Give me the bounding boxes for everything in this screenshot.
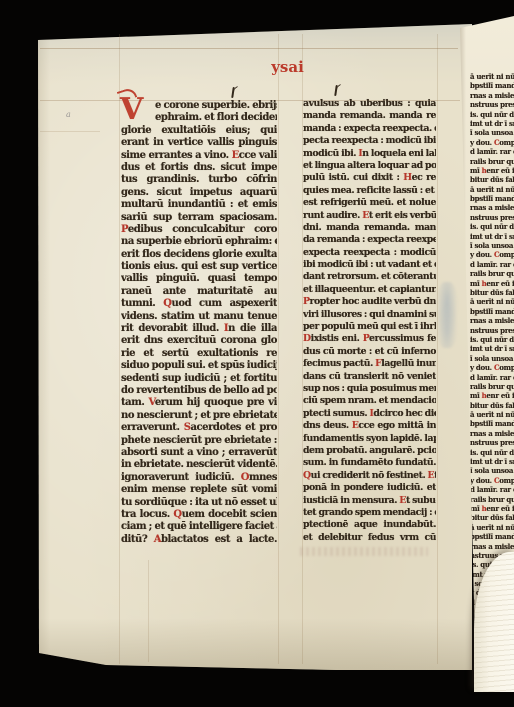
- text-line: d lamīr. rar ot: [470, 260, 514, 269]
- text-line: nstruus prese: [470, 100, 514, 109]
- text-line: mī henr eū in: [470, 391, 514, 400]
- text-line: avulsus ab uberibus : quia: [303, 98, 436, 110]
- text-line: imt ut dr ī snd: [470, 344, 514, 353]
- text-line: mī henr eū in: [470, 166, 514, 175]
- rubric-initial: E: [232, 150, 239, 161]
- text-line: tet grando spem mendacij : et: [303, 507, 436, 519]
- text-line: nstruus prese: [470, 438, 514, 447]
- text-line: imt ut dr ī snd: [470, 232, 514, 241]
- text-line: sup nos : quia posuimus menda: [303, 383, 436, 395]
- text-line: d lamīr. rar ot: [470, 373, 514, 382]
- text-line: tus grandinis. turbo cōfrin: [121, 174, 277, 186]
- text-line: dem probatū. angularē. pcio: [303, 445, 436, 457]
- text-line: bpstilī mandos: [470, 532, 514, 541]
- text-line: ptectionē aque inundabūt.: [303, 519, 436, 531]
- text-line: imt ut dr ī snd: [470, 457, 514, 466]
- text-line: modicū ibi. In loquela eni labij: [303, 148, 436, 160]
- rubric-initial: E: [362, 210, 369, 221]
- text-line: et delebitur fedus vrm cū: [303, 532, 436, 544]
- text-line: rails brur quo: [470, 382, 514, 391]
- text-line: enim mense replete sūt vomi: [121, 484, 277, 496]
- text-line: is. qui nūr dr: [470, 335, 514, 344]
- text-line: dant retrorsum. et cōterantur: [303, 271, 436, 283]
- text-line: Pedibus conculcabitur coro: [121, 224, 277, 236]
- photo-background: ysai a V e corone superbie. ebrijsephrai…: [0, 0, 514, 707]
- bleed-through-text: [300, 547, 428, 556]
- rubric-initial: S: [184, 422, 191, 433]
- text-line: vallis pinguiū. quasi tempo: [121, 273, 277, 285]
- text-line: ignoraverunt iudiciū. Omnes: [121, 472, 277, 484]
- ruling-line: [278, 34, 279, 664]
- text-line: erant in vertice vallis pinguis: [121, 137, 277, 149]
- text-line: is. qui nūr dr: [470, 222, 514, 231]
- text-line: multarū inundantiū : et emis: [121, 199, 277, 211]
- text-line: y dou. Compu: [470, 250, 514, 259]
- text-line: bitur dūs faber: [470, 513, 514, 522]
- text-line: nstruus prese: [470, 326, 514, 335]
- text-line: gens. sicut impetus aquarū: [121, 187, 277, 199]
- text-line: ā uerīt ni nūm: [470, 185, 514, 194]
- text-line: quies mea. reficite lassū : et hoc: [303, 185, 436, 197]
- text-line: bpstilī mandos: [470, 307, 514, 316]
- text-line: ī sola unsoa ī: [470, 241, 514, 250]
- rubric-initial: P: [121, 224, 128, 235]
- text-line: rit devorabit illud. In die illa: [121, 323, 277, 335]
- text-line: ciam ; et quē intelligere faciet au: [121, 521, 277, 533]
- text-line: dni. manda remanda. man: [303, 222, 436, 234]
- text-line: runt audire. Et erit eis verbū: [303, 210, 436, 222]
- text-line: Propter hoc audite verbū dni: [303, 296, 436, 308]
- text-line: expecta reexpecta : modicū: [303, 247, 436, 259]
- text-line: ī sola unsoa ī: [470, 354, 514, 363]
- text-line: et lingua altera loquar ad po: [303, 160, 436, 172]
- rubric-initial: E: [399, 495, 406, 506]
- text-line: na superbie ebriorū ephraim: et: [121, 236, 277, 248]
- text-line: mī henr eū in: [470, 504, 514, 513]
- text-line: glorie exultatiōis eius; qui: [121, 125, 277, 137]
- text-line: dans cū transierit nō veniet: [303, 371, 436, 383]
- text-line: bitur dūs faber: [470, 288, 514, 297]
- text-line: sedenti sup iudiciū ; et fortitu: [121, 373, 277, 385]
- ruling-line: [40, 48, 458, 49]
- text-line: ā uerīt ni nūm: [470, 297, 514, 306]
- rubric-initial: A: [154, 534, 161, 545]
- text-line: rnas a misles: [470, 91, 514, 100]
- text-line: viri illusores : qui dnamini su: [303, 309, 436, 321]
- text-line: bitur dūs faber: [470, 401, 514, 410]
- text-line: manda : expecta reexpecta. ex: [303, 123, 436, 135]
- text-line: y dou. Compu: [470, 363, 514, 372]
- text-line: ciū spem nram. et mendacio: [303, 395, 436, 407]
- text-line: rnas a misles: [470, 542, 514, 551]
- text-line: erit dns exercituū corona glo: [121, 335, 277, 347]
- ruling-line: [119, 34, 120, 664]
- text-line: fundamentis syon lapidē. lapi: [303, 433, 436, 445]
- rubric-initial: Q: [163, 298, 171, 309]
- text-line: pulū istū. cui dixit : Hec re: [303, 172, 436, 184]
- ruling-line: [148, 560, 149, 662]
- text-line: ptecti sumus. Idcirco hec dicit: [303, 408, 436, 420]
- text-line: ī sola unsoa ī: [470, 466, 514, 475]
- text-line: d lamīr. rar ot: [470, 485, 514, 494]
- text-line: absorti sunt a vino ; erraverūt: [121, 447, 277, 459]
- text-line: tionis eius. qui est sup vertice: [121, 261, 277, 273]
- text-line: bitur dūs faber: [470, 175, 514, 184]
- text-line: sum. in fundamēto fundatū.: [303, 457, 436, 469]
- text-column-right: avulsus ab uberibus : quiamanda remanda.…: [303, 98, 436, 544]
- text-line: est refrigeriū meū. et nolue: [303, 197, 436, 209]
- text-line: tam. Verum hij quoque pre vi: [121, 397, 277, 409]
- text-line: manda remanda. manda re: [303, 110, 436, 122]
- text-line: rails brur quo: [470, 495, 514, 504]
- text-line: rails brur quo: [470, 157, 514, 166]
- text-line: rie et sertū exultationis re: [121, 348, 277, 360]
- text-line: erraverunt. Sacerdotes et pro: [121, 422, 277, 434]
- text-line: bpstilī mandos: [470, 81, 514, 90]
- text-line: siduo populi sui. et spūs iudicij: [121, 360, 277, 372]
- text-line: rnas a misles: [470, 316, 514, 325]
- rubric-initial: H: [403, 172, 411, 183]
- text-line: mī henr eū in: [470, 279, 514, 288]
- text-line: rnas a misles: [470, 203, 514, 212]
- text-line: ā uerīt ni nūm: [470, 523, 514, 532]
- text-line: videns. statim ut manu tenue: [121, 311, 277, 323]
- text-line: et illaqueentur. et capiantur.: [303, 284, 436, 296]
- text-line: sime errantes a vino. Ecce vali: [121, 150, 277, 162]
- text-column-left: e corone superbie. ebrijsephraim. et flo…: [121, 100, 277, 546]
- text-line: raneū ante maturitatē au: [121, 286, 277, 298]
- text-line: tumni. Quod cum aspexerit: [121, 298, 277, 310]
- text-line: is. qui nūr dr: [470, 448, 514, 457]
- text-line: bpstilī mandos: [470, 194, 514, 203]
- text-line: rnas a misles: [470, 429, 514, 438]
- text-line: ī sola unsoa ī: [470, 128, 514, 137]
- text-line: ponā in pondere iudiciū. et: [303, 482, 436, 494]
- text-line: phete nescierūt pre ebrietate :: [121, 435, 277, 447]
- text-line: dns deus. Ecce ego mittā in: [303, 420, 436, 432]
- text-line: d lamīr. rar ot: [470, 147, 514, 156]
- text-line: imt ut dr ī snd: [470, 119, 514, 128]
- text-line: in ebrietate. nescierūt videntē.: [121, 459, 277, 471]
- text-line: ā uerīt ni nūm: [470, 72, 514, 81]
- text-line: pecta reexpecta : modicū ibi: [303, 135, 436, 147]
- margin-note: a: [66, 110, 71, 119]
- text-line: da remanda : expecta reexpecta.: [303, 234, 436, 246]
- text-line: fecimus pactū. Flagellū inun: [303, 358, 436, 370]
- text-line: ephraim. et flori decidenti: [121, 112, 277, 124]
- text-line: tu sordiūque : ita ut nō esset ul: [121, 497, 277, 509]
- text-line: sariū sup terram spaciosam.: [121, 212, 277, 224]
- text-line: dus et fortis dns. sicut impe: [121, 162, 277, 174]
- text-line: ditū? Ablactatos est a lacte.: [121, 534, 277, 546]
- rubric-initial: Q: [303, 470, 311, 481]
- text-line: tra locus. Quem docebit scien: [121, 509, 277, 521]
- text-line: dus cū morte : et cū inferno: [303, 346, 436, 358]
- text-line: ā uerīt ni nūm: [470, 410, 514, 419]
- ruling-line: [437, 34, 438, 664]
- text-line: bpstilī mandos: [470, 419, 514, 428]
- rubric-initial: O: [241, 472, 249, 483]
- facing-page-text: ā uerīt ni nūmbpstilī mandosrnas a misle…: [470, 72, 514, 607]
- rubric-initial: D: [303, 333, 311, 344]
- text-line: y dou. Compu: [470, 138, 514, 147]
- bleed-through-initial: [436, 282, 458, 348]
- text-line: no nescierunt ; et pre ebrietate: [121, 410, 277, 422]
- text-line: iusticiā in mensura. Et subuer: [303, 495, 436, 507]
- text-line: Dixistis eni. Percussimus fe: [303, 333, 436, 345]
- text-line: nstruus prese: [470, 213, 514, 222]
- text-line: ibi modicū ibi : ut vadant et ca: [303, 259, 436, 271]
- text-line: do revertentibus de bello ad por: [121, 385, 277, 397]
- rubric-initial: Q: [173, 509, 181, 520]
- ruling-line: [40, 131, 100, 132]
- text-line: per populū meū qui est ī ihrlm.: [303, 321, 436, 333]
- text-line: y dou. Compu: [470, 476, 514, 485]
- text-line: Qui crediderit nō festinet. Et: [303, 470, 436, 482]
- running-header: ysai: [250, 58, 325, 76]
- text-line: erit flos decidens glorie exulta: [121, 249, 277, 261]
- text-line: e corone superbie. ebrijs: [121, 100, 277, 112]
- text-line: is. qui nūr dr: [470, 110, 514, 119]
- text-line: rails brur quo: [470, 269, 514, 278]
